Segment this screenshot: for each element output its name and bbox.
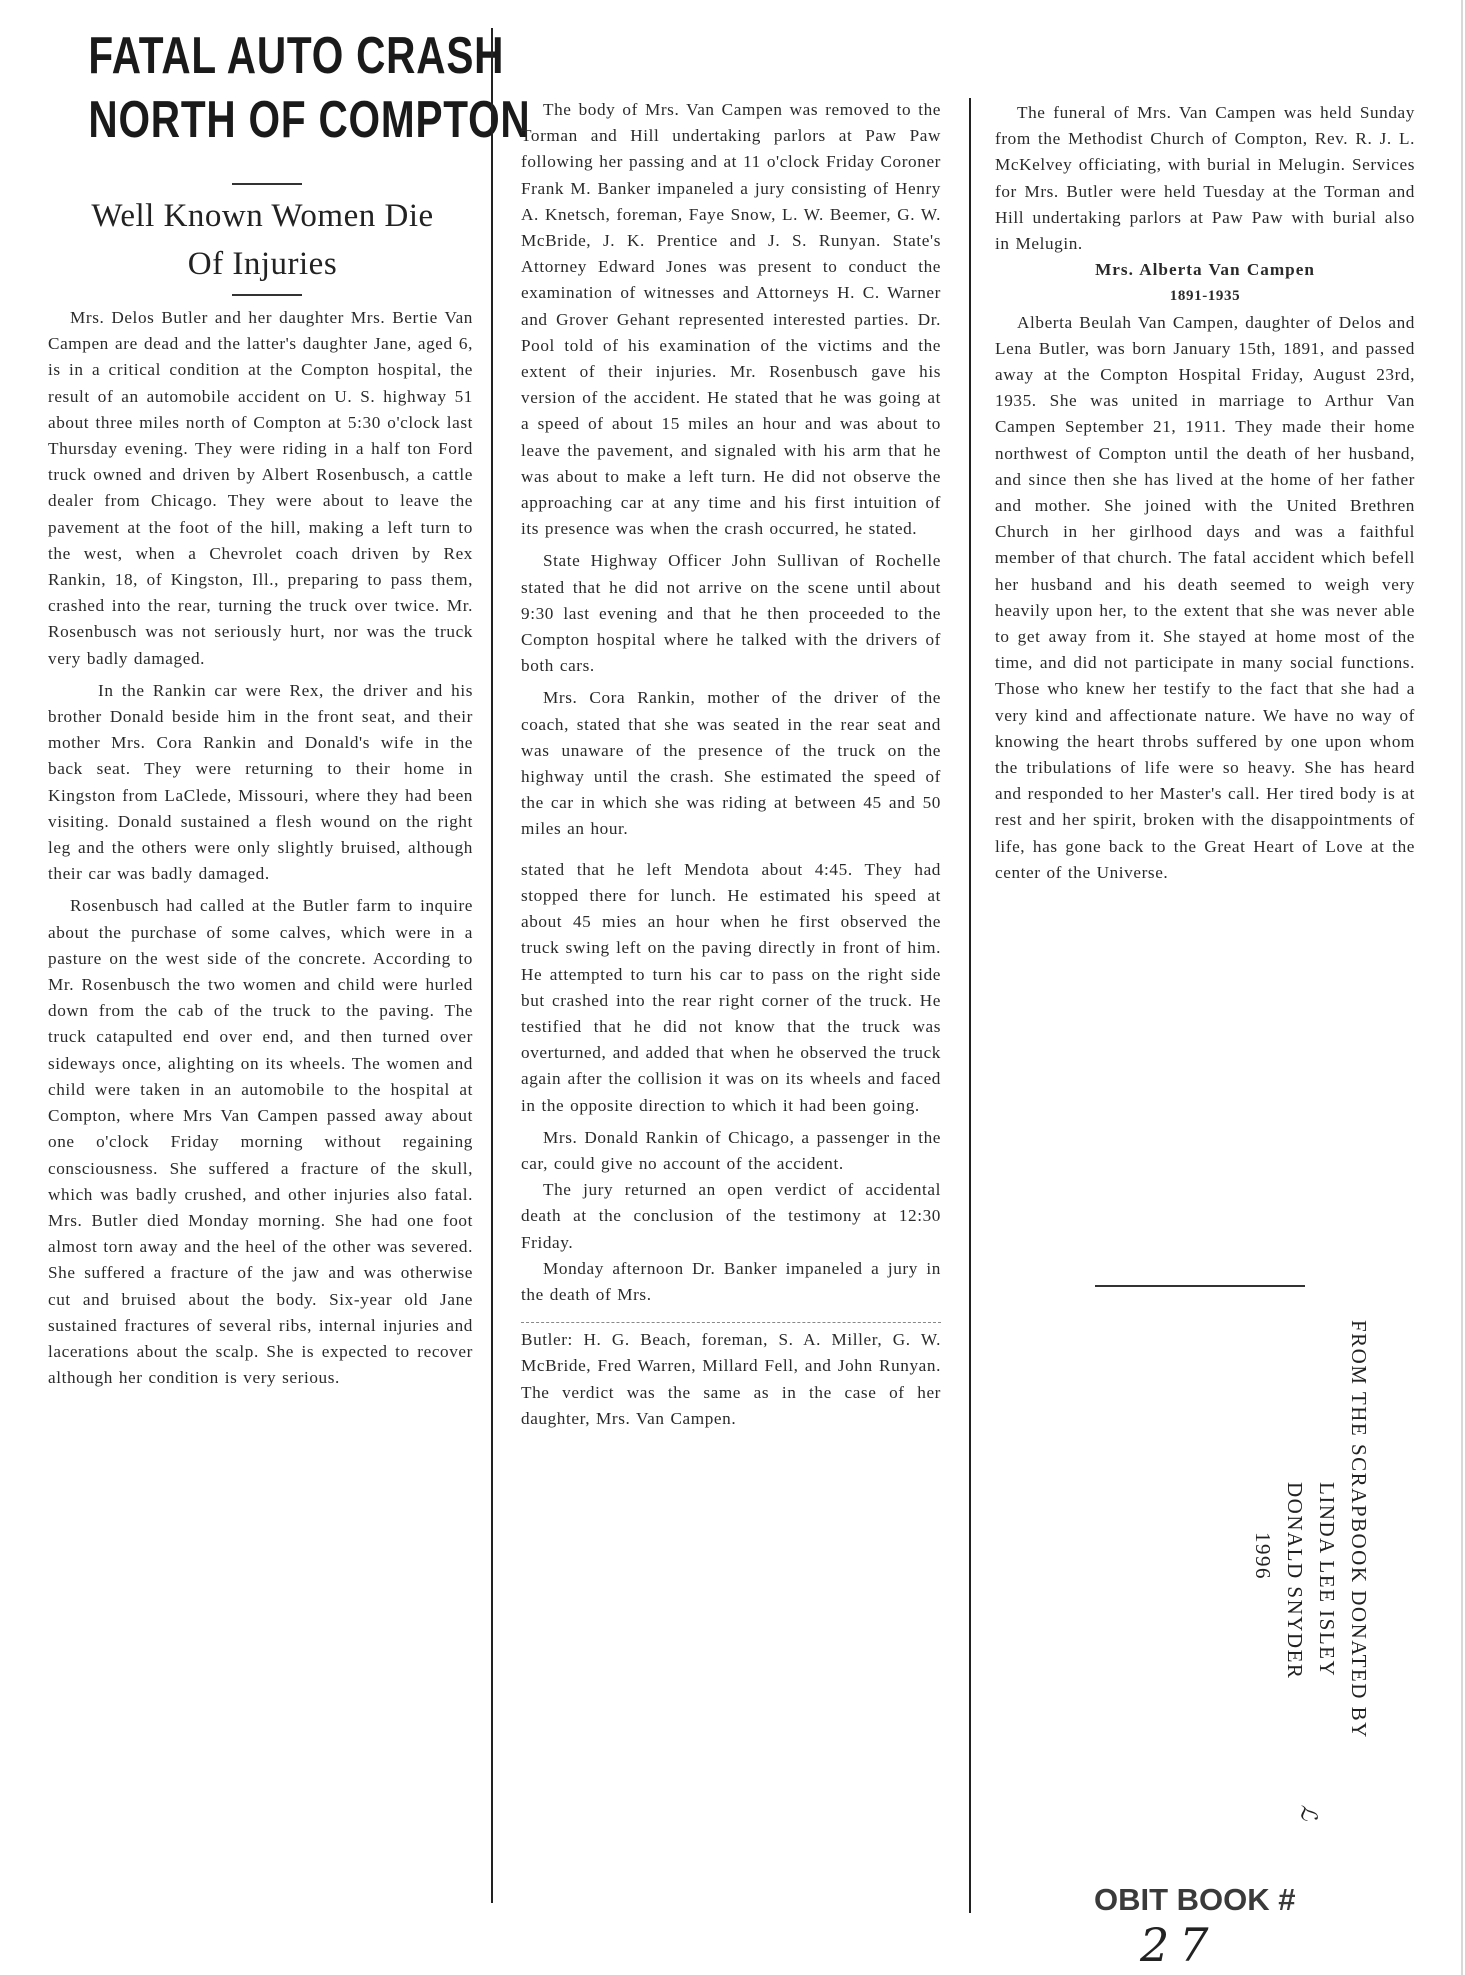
article-column-3: The funeral of Mrs. Van Campen was held … — [995, 100, 1415, 886]
obituary-years: 1891-1935 — [995, 283, 1415, 309]
subheadline-rule — [232, 294, 302, 296]
paragraph: The jury returned an open verdict of acc… — [521, 1177, 941, 1256]
paragraph: In the Rankin car were Rex, the driver a… — [48, 678, 473, 888]
paragraph: Rosenbusch had called at the Butler farm… — [48, 893, 473, 1391]
paragraph: Butler: H. G. Beach, foreman, S. A. Mill… — [521, 1322, 941, 1432]
annotation-line-3: DONALD SNYDER — [1279, 1320, 1311, 1739]
paragraph: stated that he left Mendota about 4:45. … — [521, 857, 941, 1119]
article-column-2: The body of Mrs. Van Campen was removed … — [521, 97, 941, 1432]
paragraph: Mrs. Delos Butler and her daughter Mrs. … — [48, 305, 473, 672]
article-column-1: Mrs. Delos Butler and her daughter Mrs. … — [48, 305, 473, 1391]
paragraph: Monday afternoon Dr. Banker impaneled a … — [521, 1256, 941, 1308]
paragraph: Mrs. Cora Rankin, mother of the driver o… — [521, 685, 941, 842]
column-divider-1 — [491, 28, 493, 1903]
subheadline: Well Known Women Die Of Injuries — [40, 192, 485, 288]
subheadline-line-1: Well Known Women Die — [40, 192, 485, 240]
obit-book-stamp: OBIT BOOK # — [1094, 1882, 1296, 1918]
page-edge — [1461, 0, 1463, 1975]
subheadline-line-2: Of Injuries — [40, 240, 485, 288]
obituary-body: Alberta Beulah Van Campen, daughter of D… — [995, 310, 1415, 886]
funeral-paragraph: The funeral of Mrs. Van Campen was held … — [995, 100, 1415, 257]
annotation-line-4: 1996 — [1247, 1320, 1279, 1739]
annotation-line-2: LINDA LEE ISLEY — [1311, 1320, 1343, 1739]
annotation-line-1: FROM THE SCRAPBOOK DONATED BY — [1343, 1320, 1375, 1739]
headline: FATAL AUTO CRASH NORTH OF COMPTON — [88, 24, 431, 152]
paragraph: State Highway Officer John Sullivan of R… — [521, 548, 941, 679]
obituary-name: Mrs. Alberta Van Campen — [995, 257, 1415, 283]
handwritten-initials: ℒ — [1295, 1805, 1320, 1821]
donation-annotation: FROM THE SCRAPBOOK DONATED BY LINDA LEE … — [1247, 1320, 1375, 1739]
paragraph: The body of Mrs. Van Campen was removed … — [521, 97, 941, 542]
obit-book-number: 27 — [1140, 1918, 1219, 1972]
column-divider-2 — [969, 98, 971, 1913]
headline-line-1: FATAL AUTO CRASH — [88, 24, 431, 88]
headline-rule — [232, 183, 302, 185]
obituary-end-rule — [1095, 1285, 1305, 1287]
paragraph: Mrs. Donald Rankin of Chicago, a passeng… — [521, 1125, 941, 1177]
headline-line-2: NORTH OF COMPTON — [88, 88, 431, 152]
